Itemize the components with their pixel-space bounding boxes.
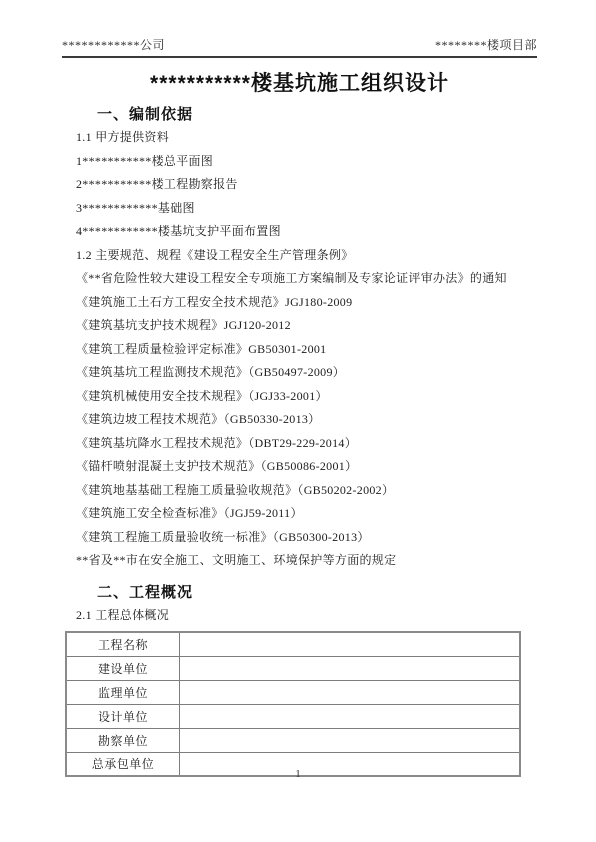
regulation-item: 《**省危险性较大建设工程安全专项施工方案编制及专家论证评审办法》的通知 xyxy=(62,267,537,291)
table-cell-label: 监理单位 xyxy=(66,680,180,704)
section1-heading: 一、编制依据 xyxy=(62,104,537,126)
regulation-item: 《建筑基坑工程监测技术规范》（GB50497-2009） xyxy=(62,361,537,385)
regulation-item: 《建筑工程施工质量验收统一标准》（GB50300-2013） xyxy=(62,526,537,550)
table-row: 勘察单位 xyxy=(66,728,520,752)
table-cell-label: 工程名称 xyxy=(66,632,180,656)
project-overview-table: 工程名称 建设单位 监理单位 设计单位 勘察单位 总承包单位 xyxy=(65,631,521,777)
table-row: 设计单位 xyxy=(66,704,520,728)
document-title: ***********楼基坑施工组织设计 xyxy=(62,67,537,97)
regulation-item: 《建筑工程质量检验评定标准》GB50301-2001 xyxy=(62,338,537,362)
provided-doc-item: 2***********楼工程勘察报告 xyxy=(62,173,537,197)
page-number: 1 xyxy=(0,768,596,780)
regulation-item: 《锚杆喷射混凝土支护技术规范》（GB50086-2001） xyxy=(62,455,537,479)
table-cell-value xyxy=(180,728,520,752)
table-cell-value xyxy=(180,656,520,680)
table-row: 工程名称 xyxy=(66,632,520,656)
table-cell-label: 设计单位 xyxy=(66,704,180,728)
section2-heading: 二、工程概况 xyxy=(62,582,537,604)
table-row: 建设单位 xyxy=(66,656,520,680)
provided-doc-item: 3************基础图 xyxy=(62,197,537,221)
subsection-2-1: 2.1 工程总体概况 xyxy=(62,604,537,628)
regulation-item: 《建筑地基基础工程施工质量验收规范》（GB50202-2002） xyxy=(62,479,537,503)
header-project-dept: ********楼项目部 xyxy=(435,36,537,53)
table-cell-value xyxy=(180,704,520,728)
provided-doc-item: 1***********楼总平面图 xyxy=(62,150,537,174)
regulation-item: 《建筑边坡工程技术规范》（GB50330-2013） xyxy=(62,408,537,432)
table-cell-value xyxy=(180,632,520,656)
table-cell-label: 勘察单位 xyxy=(66,728,180,752)
regulation-item: 《建筑基坑降水工程技术规范》（DBT29-229-2014） xyxy=(62,432,537,456)
regulation-item: 《建筑施工土石方工程安全技术规范》JGJ180-2009 xyxy=(62,291,537,315)
subsection-1-2: 1.2 主要规范、规程《建设工程安全生产管理条例》 xyxy=(62,244,537,268)
subsection-1-1: 1.1 甲方提供资料 xyxy=(62,126,537,150)
table-row: 监理单位 xyxy=(66,680,520,704)
header-company: ************公司 xyxy=(62,36,165,53)
regulation-item: 《建筑基坑支护技术规程》JGJ120-2012 xyxy=(62,314,537,338)
document-page: ************公司 ********楼项目部 ***********楼… xyxy=(0,0,596,842)
regulation-item: **省及**市在安全施工、文明施工、环境保护等方面的规定 xyxy=(62,549,537,573)
table-cell-label: 建设单位 xyxy=(66,656,180,680)
regulation-item: 《建筑施工安全检查标准》（JGJ59-2011） xyxy=(62,502,537,526)
table-cell-value xyxy=(180,680,520,704)
provided-doc-item: 4************楼基坑支护平面布置图 xyxy=(62,220,537,244)
regulation-item: 《建筑机械使用安全技术规程》（JGJ33-2001） xyxy=(62,385,537,409)
page-header: ************公司 ********楼项目部 xyxy=(62,36,537,58)
